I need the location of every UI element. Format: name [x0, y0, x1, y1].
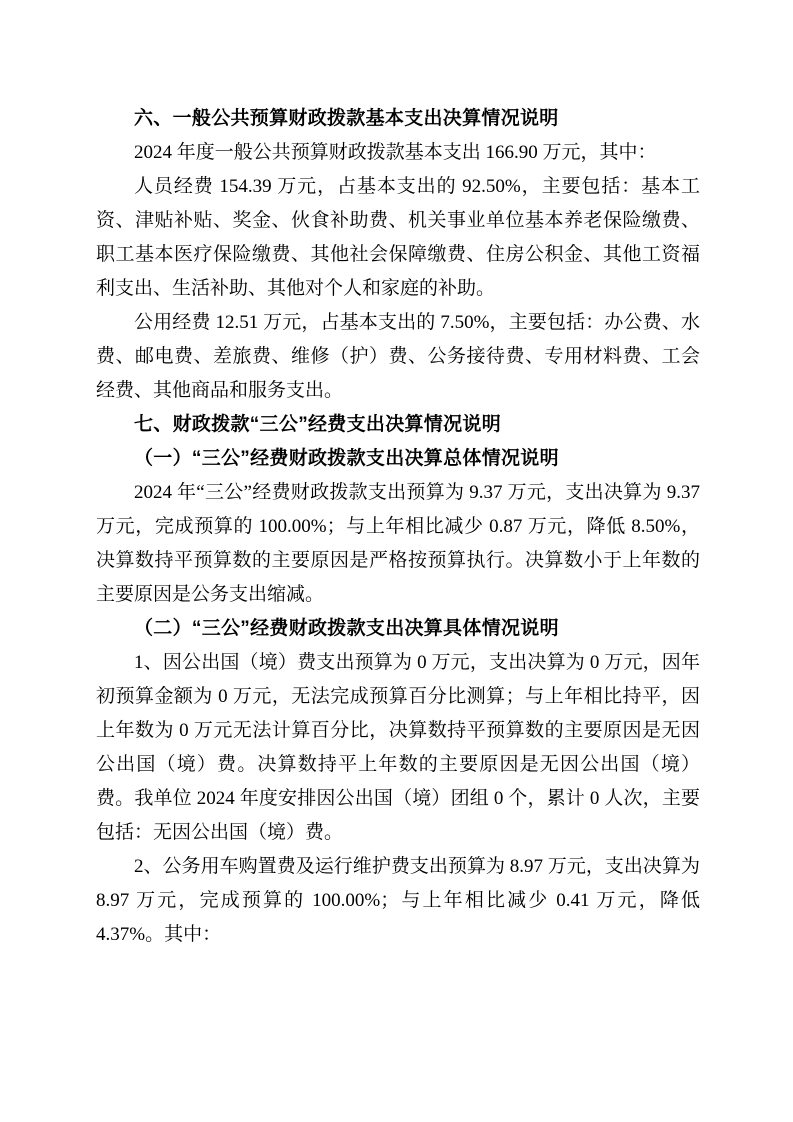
document-page: 六、一般公共预算财政拨款基本支出决算情况说明 2024 年度一般公共预算财政拨款…	[0, 0, 793, 1122]
para-personnel-funds: 人员经费 154.39 万元，占基本支出的 92.50%，主要包括：基本工资、津…	[96, 170, 700, 306]
document-body: 六、一般公共预算财政拨款基本支出决算情况说明 2024 年度一般公共预算财政拨款…	[96, 102, 700, 952]
para-basic-expenditure-total: 2024 年度一般公共预算财政拨款基本支出 166.90 万元，其中：	[96, 136, 700, 170]
para-public-operating-funds: 公用经费 12.51 万元，占基本支出的 7.50%，主要包括：办公费、水费、邮…	[96, 306, 700, 408]
heading-sub-two-specific-situation: （二）“三公”经费财政拨款支出决算具体情况说明	[96, 612, 700, 646]
heading-section-six-basic-expenditure: 六、一般公共预算财政拨款基本支出决算情况说明	[96, 102, 700, 136]
heading-section-seven-three-public-funds: 七、财政拨款“三公”经费支出决算情况说明	[96, 408, 700, 442]
para-item1-overseas-trips: 1、因公出国（境）费支出预算为 0 万元，支出决算为 0 万元，因年初预算金额为…	[96, 646, 700, 850]
para-item2-official-vehicles: 2、公务用车购置费及运行维护费支出预算为 8.97 万元，支出决算为 8.97 …	[96, 850, 700, 952]
heading-sub-one-overall-situation: （一）“三公”经费财政拨款支出决算总体情况说明	[96, 442, 700, 476]
para-three-public-overview: 2024 年“三公”经费财政拨款支出预算为 9.37 万元，支出决算为 9.37…	[96, 476, 700, 612]
